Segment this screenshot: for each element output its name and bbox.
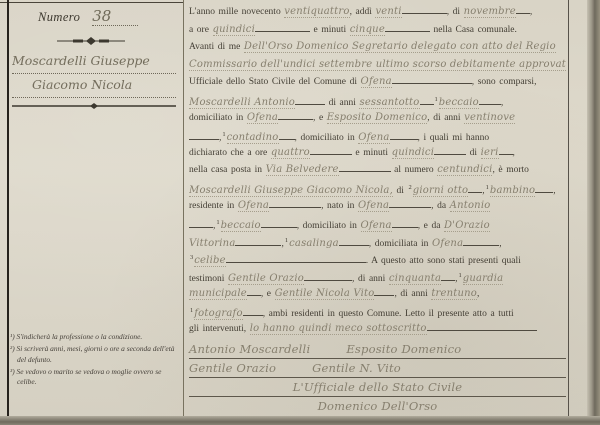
footnote-ref: 3: [190, 254, 193, 261]
act-line: 3celibe. A questo atto sono stati presen…: [189, 249, 566, 267]
act-line: Moscardelli Antonio di anni sessantotto1…: [189, 91, 566, 109]
printed-text: , di: [447, 7, 464, 17]
blank-rule: [339, 162, 391, 172]
footnote-ref: 1: [222, 131, 225, 138]
blank-rule: [434, 145, 466, 155]
handwritten-text: giorni otto: [413, 185, 469, 196]
printed-text: di: [393, 186, 408, 196]
printed-text: testimoni: [189, 274, 228, 284]
official-title-row: L'Ufficiale dello Stato Civile: [189, 378, 566, 397]
printed-text: ,: [530, 7, 532, 17]
act-line: dichiarato che a ore quattro e minuti qu…: [189, 144, 566, 162]
printed-text: di: [466, 148, 481, 158]
blank-rule: [392, 74, 472, 84]
footnote-ref: 2: [409, 184, 412, 191]
handwritten-text: Ofena: [358, 132, 389, 143]
printed-text: ,: [482, 186, 484, 196]
handwritten-text: Ofena: [361, 76, 392, 88]
blank-rule: [374, 286, 394, 296]
handwritten-text: Vittorina: [189, 238, 235, 249]
blank-rule: [269, 198, 321, 208]
deceased-name-line-2: Giacomo Nicola: [12, 74, 176, 98]
act-lines: L'anno mille novecento ventiquattro, add…: [189, 3, 566, 337]
blank-rule: [255, 22, 310, 32]
handwritten-text: ventiquattro: [284, 6, 349, 18]
handwritten-text: centundici: [437, 164, 492, 176]
blank-rule: [247, 286, 261, 296]
signature-gentile-vito: Gentile N. Vito: [312, 359, 401, 377]
printed-text: ,: [501, 98, 503, 108]
margin-deceased-name: Moscardelli Giuseppe Giacomo Nicola: [12, 50, 176, 98]
act-line: 1fotografo, ambi residenti in questo Com…: [189, 302, 566, 320]
footnote-ref: 1: [486, 184, 489, 191]
footnote-1: ¹) S'indicherà la professione o la condi…: [10, 332, 180, 342]
blank-rule: [226, 253, 366, 263]
blank-rule: [243, 306, 263, 316]
blank-rule: [441, 271, 455, 281]
footnote-3: ³) Se vedovo o marito se vedova o moglie…: [10, 367, 180, 388]
printed-text: ,: [477, 289, 479, 299]
act-line: a ore quindici e minuti cinque nella Cas…: [189, 21, 566, 39]
printed-text: nella casa posta in: [189, 165, 266, 175]
act-line: ,1contadino, domiciliato in Ofena, i qua…: [189, 126, 566, 144]
signature-antonio-moscardelli: Antonio Moscardelli: [189, 340, 310, 358]
blank-rule: [189, 218, 213, 228]
blank-rule: [235, 236, 281, 246]
handwritten-text: lo hanno quindi meco sottoscritto: [250, 323, 427, 335]
handwritten-text: trentuno: [431, 288, 477, 300]
signature-esposito-domenico: Esposito Domenico: [346, 340, 461, 358]
footnote-ref: 1: [435, 96, 438, 103]
signature-official: Domenico Dell'Orso: [318, 397, 438, 415]
printed-text: , nato in: [321, 201, 358, 211]
handwritten-text: cinque: [350, 24, 385, 36]
printed-text: di anni: [325, 98, 359, 108]
printed-text: domiciliato in: [189, 113, 247, 123]
handwritten-text: D'Orazio: [444, 220, 490, 231]
handwritten-text: beccaio: [221, 220, 261, 231]
right-rule-line: [568, 0, 569, 418]
handwritten-text: fotografo: [194, 308, 242, 319]
act-line: Vittorina,1casalinga, domiciliata in Ofe…: [189, 232, 566, 250]
blank-rule: [420, 95, 434, 105]
record-number: Numero38: [38, 7, 138, 26]
printed-text: al numero: [391, 165, 438, 175]
act-body: L'anno mille novecento ventiquattro, add…: [189, 3, 566, 416]
printed-text: residente in: [189, 201, 238, 211]
printed-text: , ambi residenti in questo Comune. Letto…: [263, 309, 514, 319]
blank-rule: [278, 110, 313, 120]
act-line: Avanti di me Dell'Orso Domenico Segretar…: [189, 38, 566, 56]
printed-text: , è morto: [492, 165, 528, 175]
handwritten-text: Ofena: [358, 200, 389, 212]
printed-text: , da: [431, 201, 450, 211]
footnotes: ¹) S'indicherà la professione o la condi…: [10, 332, 180, 390]
handwritten-text: quattro: [271, 147, 310, 159]
blank-rule: [295, 95, 325, 105]
handwritten-text: Ofena: [238, 200, 269, 212]
handwritten-text: celibe: [194, 255, 225, 266]
blank-rule: [389, 198, 431, 208]
handwritten-text: bambino: [490, 185, 535, 196]
blank-rule: [468, 183, 482, 193]
act-line: L'anno mille novecento ventiquattro, add…: [189, 3, 566, 21]
handwritten-text: venti: [375, 6, 401, 18]
handwritten-text: cinquanta: [389, 273, 441, 284]
printed-text: e minuti: [352, 148, 392, 158]
act-line: Commissario dell'undici settembre ultimo…: [189, 56, 566, 74]
numero-label: Numero: [38, 10, 80, 24]
signature-row-2: Gentile Orazio Gentile N. Vito: [189, 359, 566, 378]
official-signature-row: Domenico Dell'Orso: [189, 397, 566, 416]
act-line: municipale, e Gentile Nicola Vito, di an…: [189, 285, 566, 303]
blank-rule: [310, 145, 352, 155]
handwritten-text: Ofena: [247, 112, 278, 124]
handwritten-text: beccaio: [439, 97, 479, 108]
signature-gentile-orazio: Gentile Orazio: [189, 359, 276, 377]
handwritten-text: Via Belvedere: [266, 164, 339, 176]
blank-rule: [392, 218, 418, 228]
handwritten-text: Esposito Domenico: [327, 112, 428, 124]
printed-text: gli intervenuti,: [189, 324, 250, 334]
act-line: domiciliato in Ofena, e Esposito Domenic…: [189, 109, 566, 127]
handwritten-text: Moscardelli Antonio: [189, 97, 295, 108]
printed-text: nella Casa comunale.: [430, 25, 517, 35]
printed-text: ,: [499, 239, 501, 249]
printed-text: , e: [313, 113, 327, 123]
printed-text: , domiciliato in: [295, 133, 359, 143]
margin-divider-line: [183, 0, 184, 418]
top-border-line: [0, 2, 184, 3]
handwritten-text: Gentile Nicola Vito: [275, 288, 375, 300]
blank-rule: [535, 183, 553, 193]
printed-text: ,: [455, 274, 457, 284]
blank-rule: [385, 22, 430, 32]
printed-text: , domiciliata in: [369, 239, 432, 249]
handwritten-text: Moscardelli Giuseppe Giacomo Nicola,: [189, 185, 393, 196]
printed-text: ,: [513, 148, 515, 158]
printed-text: ,: [281, 239, 283, 249]
page-edge-bottom: [0, 416, 600, 425]
blank-rule: [279, 130, 295, 140]
blank-rule: [304, 271, 352, 281]
printed-text: e minuti: [310, 25, 350, 35]
handwritten-text: novembre: [464, 6, 516, 18]
act-line: gli intervenuti, lo hanno quindi meco so…: [189, 320, 566, 338]
printed-text: , di anni: [394, 289, 431, 299]
left-border-line: [7, 0, 9, 418]
printed-text: , e da: [418, 221, 444, 231]
blank-rule: [479, 95, 501, 105]
footnote-ref: 1: [285, 237, 288, 244]
signature-block: Antonio Moscardelli Esposito Domenico Ge…: [189, 340, 566, 416]
blank-rule: [402, 4, 447, 14]
handwritten-text: quindici: [392, 147, 434, 159]
handwritten-text: Commissario dell'undici settembre ultimo…: [189, 59, 566, 71]
footnote-ref: 1: [216, 219, 219, 226]
handwritten-text: casalinga: [289, 238, 339, 249]
numero-value: 38: [92, 7, 138, 26]
printed-text: , domiciliato in: [297, 221, 361, 231]
printed-text: Ufficiale dello Stato Civile del Comune …: [189, 77, 361, 87]
act-line: Moscardelli Giuseppe Giacomo Nicola, di …: [189, 179, 566, 197]
ornament-divider-icon: [55, 36, 127, 46]
handwritten-text: Gentile Orazio: [228, 273, 304, 284]
signature-row-1: Antonio Moscardelli Esposito Domenico: [189, 340, 566, 359]
footnote-ref: 1: [190, 307, 193, 314]
act-line: residente in Ofena, nato in Ofena, da An…: [189, 197, 566, 215]
page-edge-right: [587, 0, 600, 425]
footnote-2: ²) Si scriverà anni, mesi, giorni o ore …: [10, 344, 180, 365]
printed-text: . A questo atto sono stati presenti qual…: [366, 256, 521, 266]
scanned-death-record: Numero38 Moscardelli Giuseppe Giacomo Ni…: [0, 0, 600, 425]
blank-rule: [390, 130, 418, 140]
handwritten-text: sessantotto: [359, 97, 419, 108]
printed-text: L'anno mille novecento: [189, 7, 284, 17]
act-line: testimoni Gentile Orazio, di anni cinqua…: [189, 267, 566, 285]
handwritten-text: Ofena: [361, 220, 392, 231]
handwritten-text: Ofena: [432, 238, 463, 249]
blank-rule: [189, 130, 219, 140]
official-title: L'Ufficiale dello Stato Civile: [293, 378, 463, 396]
handwritten-text: contadino: [227, 132, 279, 143]
act-line: ,1beccaio, domiciliato in Ofena, e da D'…: [189, 214, 566, 232]
blank-rule: [261, 218, 297, 228]
names-divider-line: [12, 102, 176, 110]
printed-text: , i quali mi hanno: [418, 133, 490, 143]
printed-text: a ore: [189, 25, 213, 35]
handwritten-text: municipale: [189, 288, 247, 300]
blank-rule: [427, 321, 537, 331]
deceased-name-line-1: Moscardelli Giuseppe: [12, 50, 176, 74]
printed-text: , addì: [350, 7, 376, 17]
act-line: Ufficiale dello Stato Civile del Comune …: [189, 73, 566, 91]
printed-text: ,: [553, 186, 555, 196]
blank-rule: [499, 145, 513, 155]
handwritten-text: quindici: [213, 24, 255, 36]
printed-text: , di anni: [427, 113, 464, 123]
blank-rule: [516, 4, 530, 14]
handwritten-text: guardia: [463, 273, 504, 284]
footnote-ref: 1: [459, 272, 462, 279]
act-line: nella casa posta in Via Belvedere al num…: [189, 161, 566, 179]
blank-rule: [339, 236, 369, 246]
printed-text: , di anni: [352, 274, 389, 284]
printed-text: , sono comparsi,: [472, 77, 537, 87]
handwritten-text: Antonio: [450, 200, 491, 212]
printed-text: , e: [261, 289, 275, 299]
handwritten-text: ventinove: [464, 112, 515, 124]
document-page: Numero38 Moscardelli Giuseppe Giacomo Ni…: [0, 0, 587, 418]
handwritten-text: ieri: [481, 147, 499, 159]
printed-text: dichiarato che a ore: [189, 148, 271, 158]
printed-text: Avanti di me: [189, 42, 244, 52]
blank-rule: [463, 236, 499, 246]
handwritten-text: Dell'Orso Domenico Segretario delegato c…: [244, 41, 556, 53]
